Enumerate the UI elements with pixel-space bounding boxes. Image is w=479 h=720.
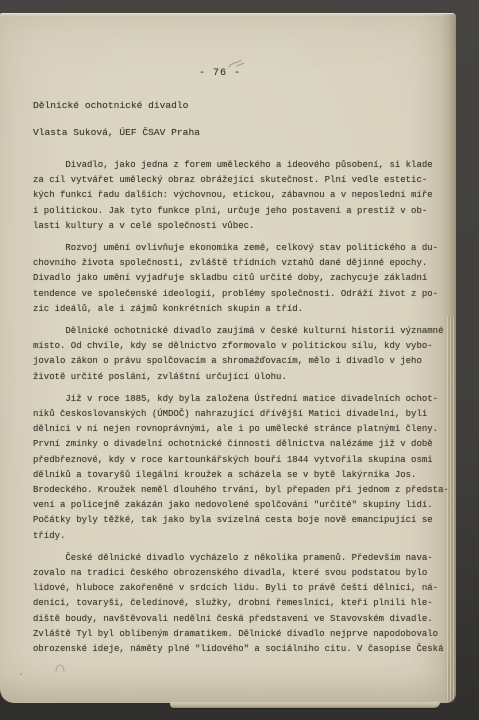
paragraph: Divadlo, jako jedna z forem uměleckého a…: [33, 158, 457, 234]
paragraph: Rozvoj umění ovlivňuje ekonomika země, c…: [33, 241, 457, 317]
page-number: - 76 -: [160, 68, 280, 79]
pencil-mark-icon: [227, 56, 247, 70]
pencil-mark-icon: [54, 660, 68, 674]
paper-sheet: - 76 - Dělnické ochotnické divadlo Vlast…: [0, 13, 456, 703]
document-title: Dělnické ochotnické divadlo: [33, 100, 188, 111]
author-byline: Vlasta Suková, ÚEF ČSAV Praha: [33, 127, 200, 138]
page-stack-bottom: [170, 702, 440, 708]
pencil-dot-mark: [20, 673, 22, 675]
paragraph: České dělnické divadlo vycházelo z někol…: [33, 551, 457, 657]
paragraph: Dělnické ochotnické divadlo zaujímá v če…: [33, 324, 457, 385]
paragraph: Již v roce 1885, kdy byla založena Ústře…: [33, 392, 457, 544]
body-paragraphs: Divadlo, jako jedna z forem uměleckého a…: [33, 158, 457, 664]
scanned-page: - 76 - Dělnické ochotnické divadlo Vlast…: [0, 0, 479, 720]
